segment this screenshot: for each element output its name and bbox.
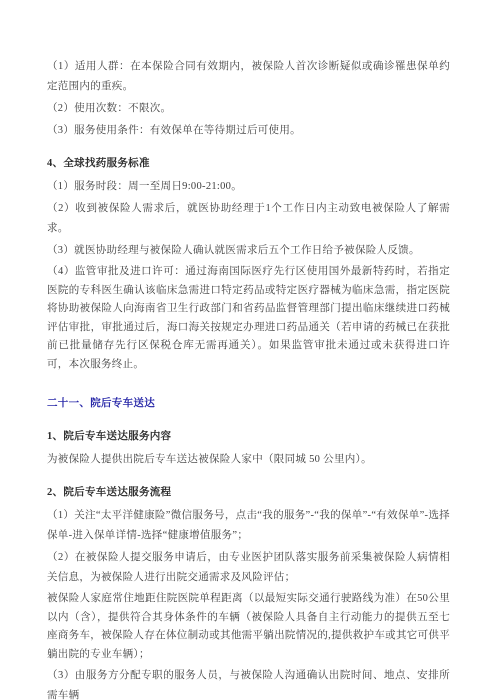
- paragraph: （2）使用次数：不限次。: [47, 99, 450, 119]
- paragraph: （3）服务使用条件：有效保单在等待期过后可使用。: [47, 121, 450, 141]
- paragraph: 为被保险人提供出院后专车送达被保险人家中（限同城 50 公里内）。: [47, 450, 450, 470]
- paragraph: （2）收到被保险人需求后，就医协助经理于1个工作日内主动致电被保险人了解需求。: [47, 199, 450, 239]
- chapter-heading: 二十一、院后专车送达: [47, 394, 450, 414]
- section-heading: 4、全球找药服务标准: [47, 154, 450, 174]
- paragraph: （1）适用人群：在本保险合同有效期内，被保险人首次诊断疑似或确诊罹患保单约定范围…: [47, 57, 450, 97]
- section-heading: 1、院后专车送达服务内容: [47, 427, 450, 447]
- paragraph: （2）在被保险人提交服务申请后，由专业医护团队落实服务前采集被保险人病情相关信息…: [47, 548, 450, 588]
- paragraph: （3）就医协助经理与被保险人确认就医需求后五个工作日给予被保险人反馈。: [47, 241, 450, 261]
- paragraph: （1）关注“太平洋健康险”微信服务号，点击“我的服务”-“我的保单”-“有效保单…: [47, 506, 450, 546]
- section-heading: 2、院后专车送达服务流程: [47, 483, 450, 503]
- paragraph: 被保险人家庭常住地距住院医院单程距离（以最短实际交通行驶路线为准）在50公里以内…: [47, 590, 450, 664]
- paragraph: （1）服务时段：周一至周日9:00-21:00。: [47, 177, 450, 197]
- document-page: （1）适用人群：在本保险合同有效期内，被保险人首次诊断疑似或确诊罹患保单约定范围…: [0, 0, 495, 700]
- paragraph: （3）由服务方分配专职的服务人员，与被保险人沟通确认出院时间、地点、安排所需车辆: [47, 666, 450, 700]
- paragraph: （4）监管审批及进口许可：通过海南国际医疗先行区使用国外最新特药时，若指定医院的…: [47, 263, 450, 374]
